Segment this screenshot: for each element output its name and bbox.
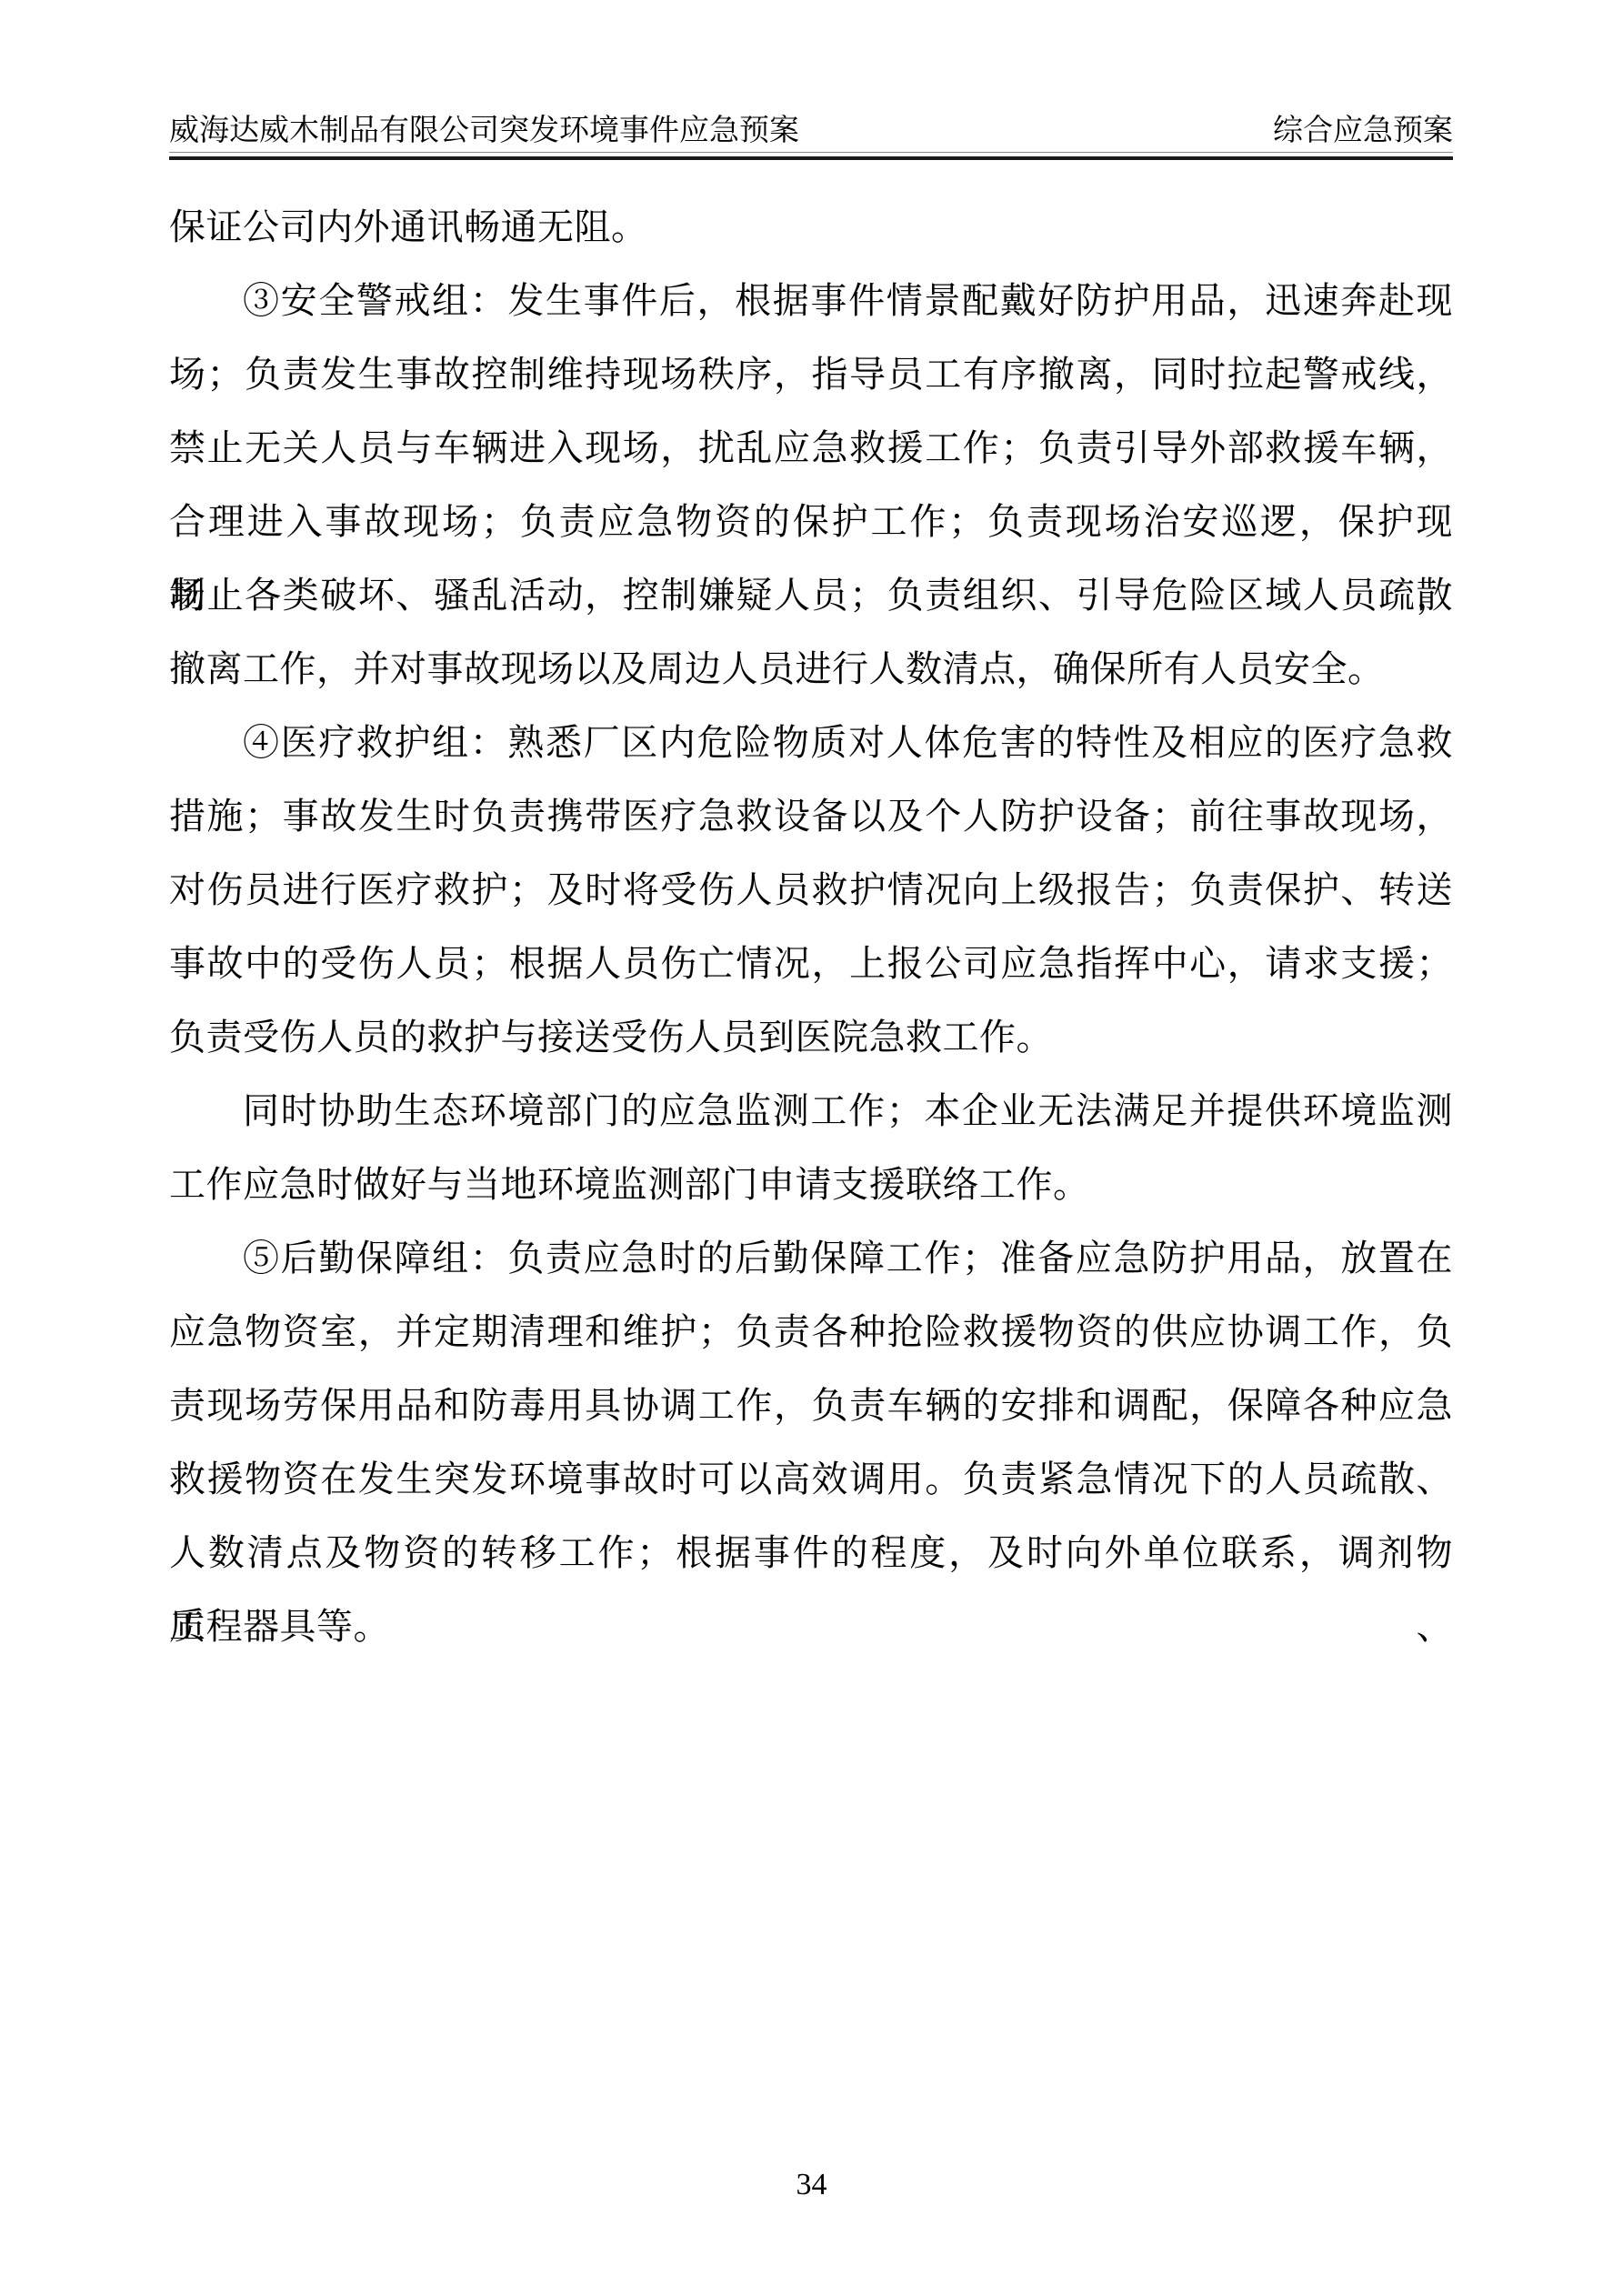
text-line: 人数清点及物资的转移工作；根据事件的程度，及时向外单位联系，调剂物质、	[169, 1516, 1453, 1589]
text-line: 事故中的受伤人员；根据人员伤亡情况，上报公司应急指挥中心，请求支援；	[169, 927, 1453, 1000]
text-line: 同时协助生态环境部门的应急监测工作；本企业无法满足并提供环境监测	[169, 1074, 1453, 1148]
text-line: ⑤后勤保障组：负责应急时的后勤保障工作；准备应急防护用品，放置在	[169, 1221, 1453, 1295]
text-line: 合理进入事故现场；负责应急物资的保护工作；负责现场治安巡逻，保护现场，	[169, 485, 1453, 558]
text-line: 对伤员进行医疗救护；及时将受伤人员救护情况向上级报告；负责保护、转送	[169, 853, 1453, 927]
page-header: 威海达威木制品有限公司突发环境事件应急预案 综合应急预案	[169, 112, 1453, 150]
page-footer: 34	[0, 2167, 1623, 2203]
text-line: ④医疗救护组：熟悉厂区内危险物质对人体危害的特性及相应的医疗急救	[169, 706, 1453, 779]
text-line: 禁止无关人员与车辆进入现场，扰乱应急救援工作；负责引导外部救援车辆，	[169, 411, 1453, 485]
paragraph: ④医疗救护组：熟悉厂区内危险物质对人体危害的特性及相应的医疗急救措施；事故发生时…	[169, 706, 1453, 1074]
page-number: 34	[796, 2168, 827, 2201]
text-line: 保证公司内外通讯畅通无阻。	[169, 190, 1453, 264]
document-page: 威海达威木制品有限公司突发环境事件应急预案 综合应急预案 保证公司内外通讯畅通无…	[0, 0, 1623, 2296]
paragraph: ③安全警戒组：发生事件后，根据事件情景配戴好防护用品，迅速奔赴现场；负责发生事故…	[169, 264, 1453, 706]
paragraph: 保证公司内外通讯畅通无阻。	[169, 190, 1453, 264]
header-left-title: 威海达威木制品有限公司突发环境事件应急预案	[169, 112, 799, 150]
text-line: 负责受伤人员的救护与接送受伤人员到医院急救工作。	[169, 1000, 1453, 1074]
header-rule	[169, 152, 1453, 160]
text-line: 工作应急时做好与当地环境监测部门申请支援联络工作。	[169, 1148, 1453, 1221]
text-line: 救援物资在发生突发环境事故时可以高效调用。负责紧急情况下的人员疏散、	[169, 1442, 1453, 1516]
text-line: 场；负责发生事故控制维持现场秩序，指导员工有序撤离，同时拉起警戒线，	[169, 337, 1453, 411]
paragraph: ⑤后勤保障组：负责应急时的后勤保障工作；准备应急防护用品，放置在应急物资室，并定…	[169, 1221, 1453, 1663]
header-right-title: 综合应急预案	[1273, 112, 1453, 150]
text-line: 措施；事故发生时负责携带医疗急救设备以及个人防护设备；前往事故现场，	[169, 779, 1453, 853]
document-body: 保证公司内外通讯畅通无阻。③安全警戒组：发生事件后，根据事件情景配戴好防护用品，…	[169, 190, 1453, 1663]
text-line: 制止各类破坏、骚乱活动，控制嫌疑人员；负责组织、引导危险区域人员疏散	[169, 558, 1453, 632]
paragraph: 同时协助生态环境部门的应急监测工作；本企业无法满足并提供环境监测工作应急时做好与…	[169, 1074, 1453, 1221]
text-line: 撤离工作，并对事故现场以及周边人员进行人数清点，确保所有人员安全。	[169, 632, 1453, 706]
text-line: 应急物资室，并定期清理和维护；负责各种抢险救援物资的供应协调工作，负	[169, 1295, 1453, 1369]
text-line: 责现场劳保用品和防毒用具协调工作，负责车辆的安排和调配，保障各种应急	[169, 1369, 1453, 1442]
text-line: ③安全警戒组：发生事件后，根据事件情景配戴好防护用品，迅速奔赴现	[169, 264, 1453, 337]
